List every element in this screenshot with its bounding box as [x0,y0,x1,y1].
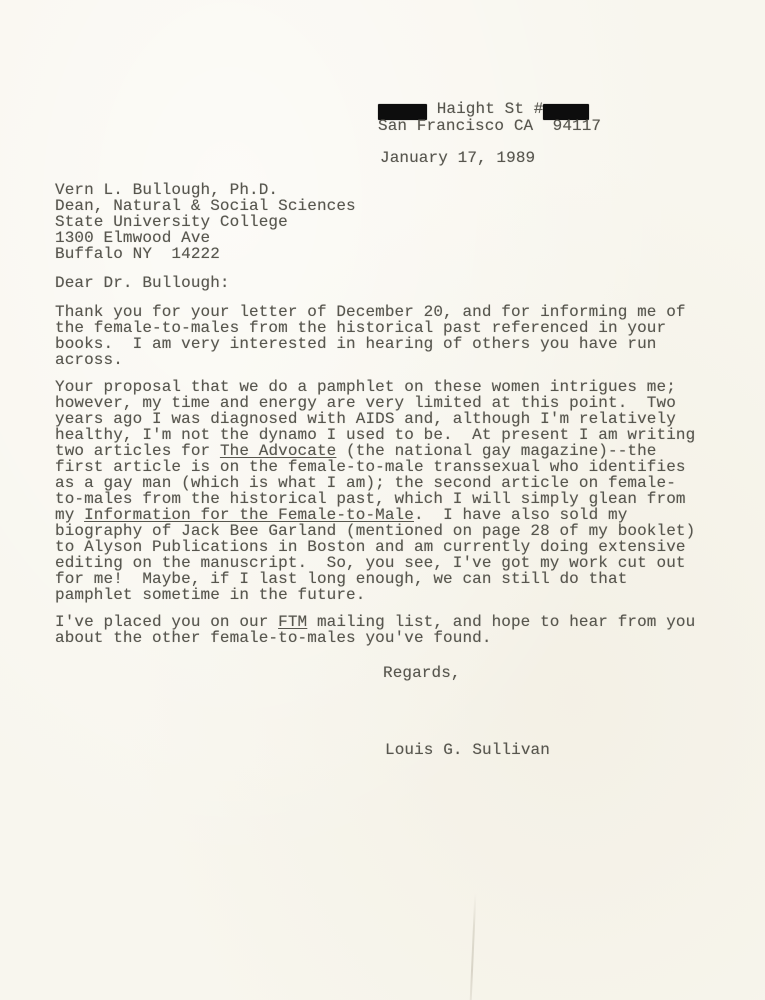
text-line: across. [55,352,686,368]
text-line: Buffalo NY 14222 [55,246,356,262]
text-line: the female-to-males from the historical … [55,320,686,336]
body-paragraph-1: Thank you for your letter of December 20… [55,304,686,368]
signature-name: Louis G. Sullivan [385,742,550,758]
text-line: healthy, I'm not the dynamo I used to be… [55,427,695,443]
text-line: pamphlet sometime in the future. [55,587,695,603]
sender-address: Haight St #San Francisco CA 94117 [378,101,601,134]
paper-crease [470,893,477,1000]
recipient-address: Vern L. Bullough, Ph.D.Dean, Natural & S… [55,182,356,262]
text-line: as a gay man (which is what I am); the s… [55,475,695,491]
text-line: years ago I was diagnosed with AIDS and,… [55,411,695,427]
body-paragraph-3: I've placed you on our FTM mailing list,… [55,614,695,646]
text-line: Haight St # [378,101,601,118]
text-line: however, my time and energy are very lim… [55,395,695,411]
text-line: about the other female-to-males you've f… [55,630,695,646]
text-line: State University College [55,214,356,230]
closing-valediction: Regards, [383,665,461,681]
body-paragraph-2: Your proposal that we do a pamphlet on t… [55,379,695,603]
letter-page: Haight St #San Francisco CA 94117 Januar… [0,0,765,1000]
text-line: I've placed you on our FTM mailing list,… [55,614,695,630]
text-line: first article is on the female-to-male t… [55,459,695,475]
text-line: for me! Maybe, if I last long enough, we… [55,571,695,587]
text-line: Vern L. Bullough, Ph.D. [55,182,356,198]
text-line: to-males from the historical past, which… [55,491,695,507]
text-line: 1300 Elmwood Ave [55,230,356,246]
text-line: Your proposal that we do a pamphlet on t… [55,379,695,395]
text-line: books. I am very interested in hearing o… [55,336,686,352]
text-line: San Francisco CA 94117 [378,118,601,134]
text-line: to Alyson Publications in Boston and am … [55,539,695,555]
text-line: Dean, Natural & Social Sciences [55,198,356,214]
text-line: biography of Jack Bee Garland (mentioned… [55,523,695,539]
text-line: editing on the manuscript. So, you see, … [55,555,695,571]
text-line: two articles for The Advocate (the natio… [55,443,695,459]
salutation: Dear Dr. Bullough: [55,275,230,291]
text-line: Thank you for your letter of December 20… [55,304,686,320]
letter-date: January 17, 1989 [380,150,535,166]
text-line: my Information for the Female-to-Male. I… [55,507,695,523]
